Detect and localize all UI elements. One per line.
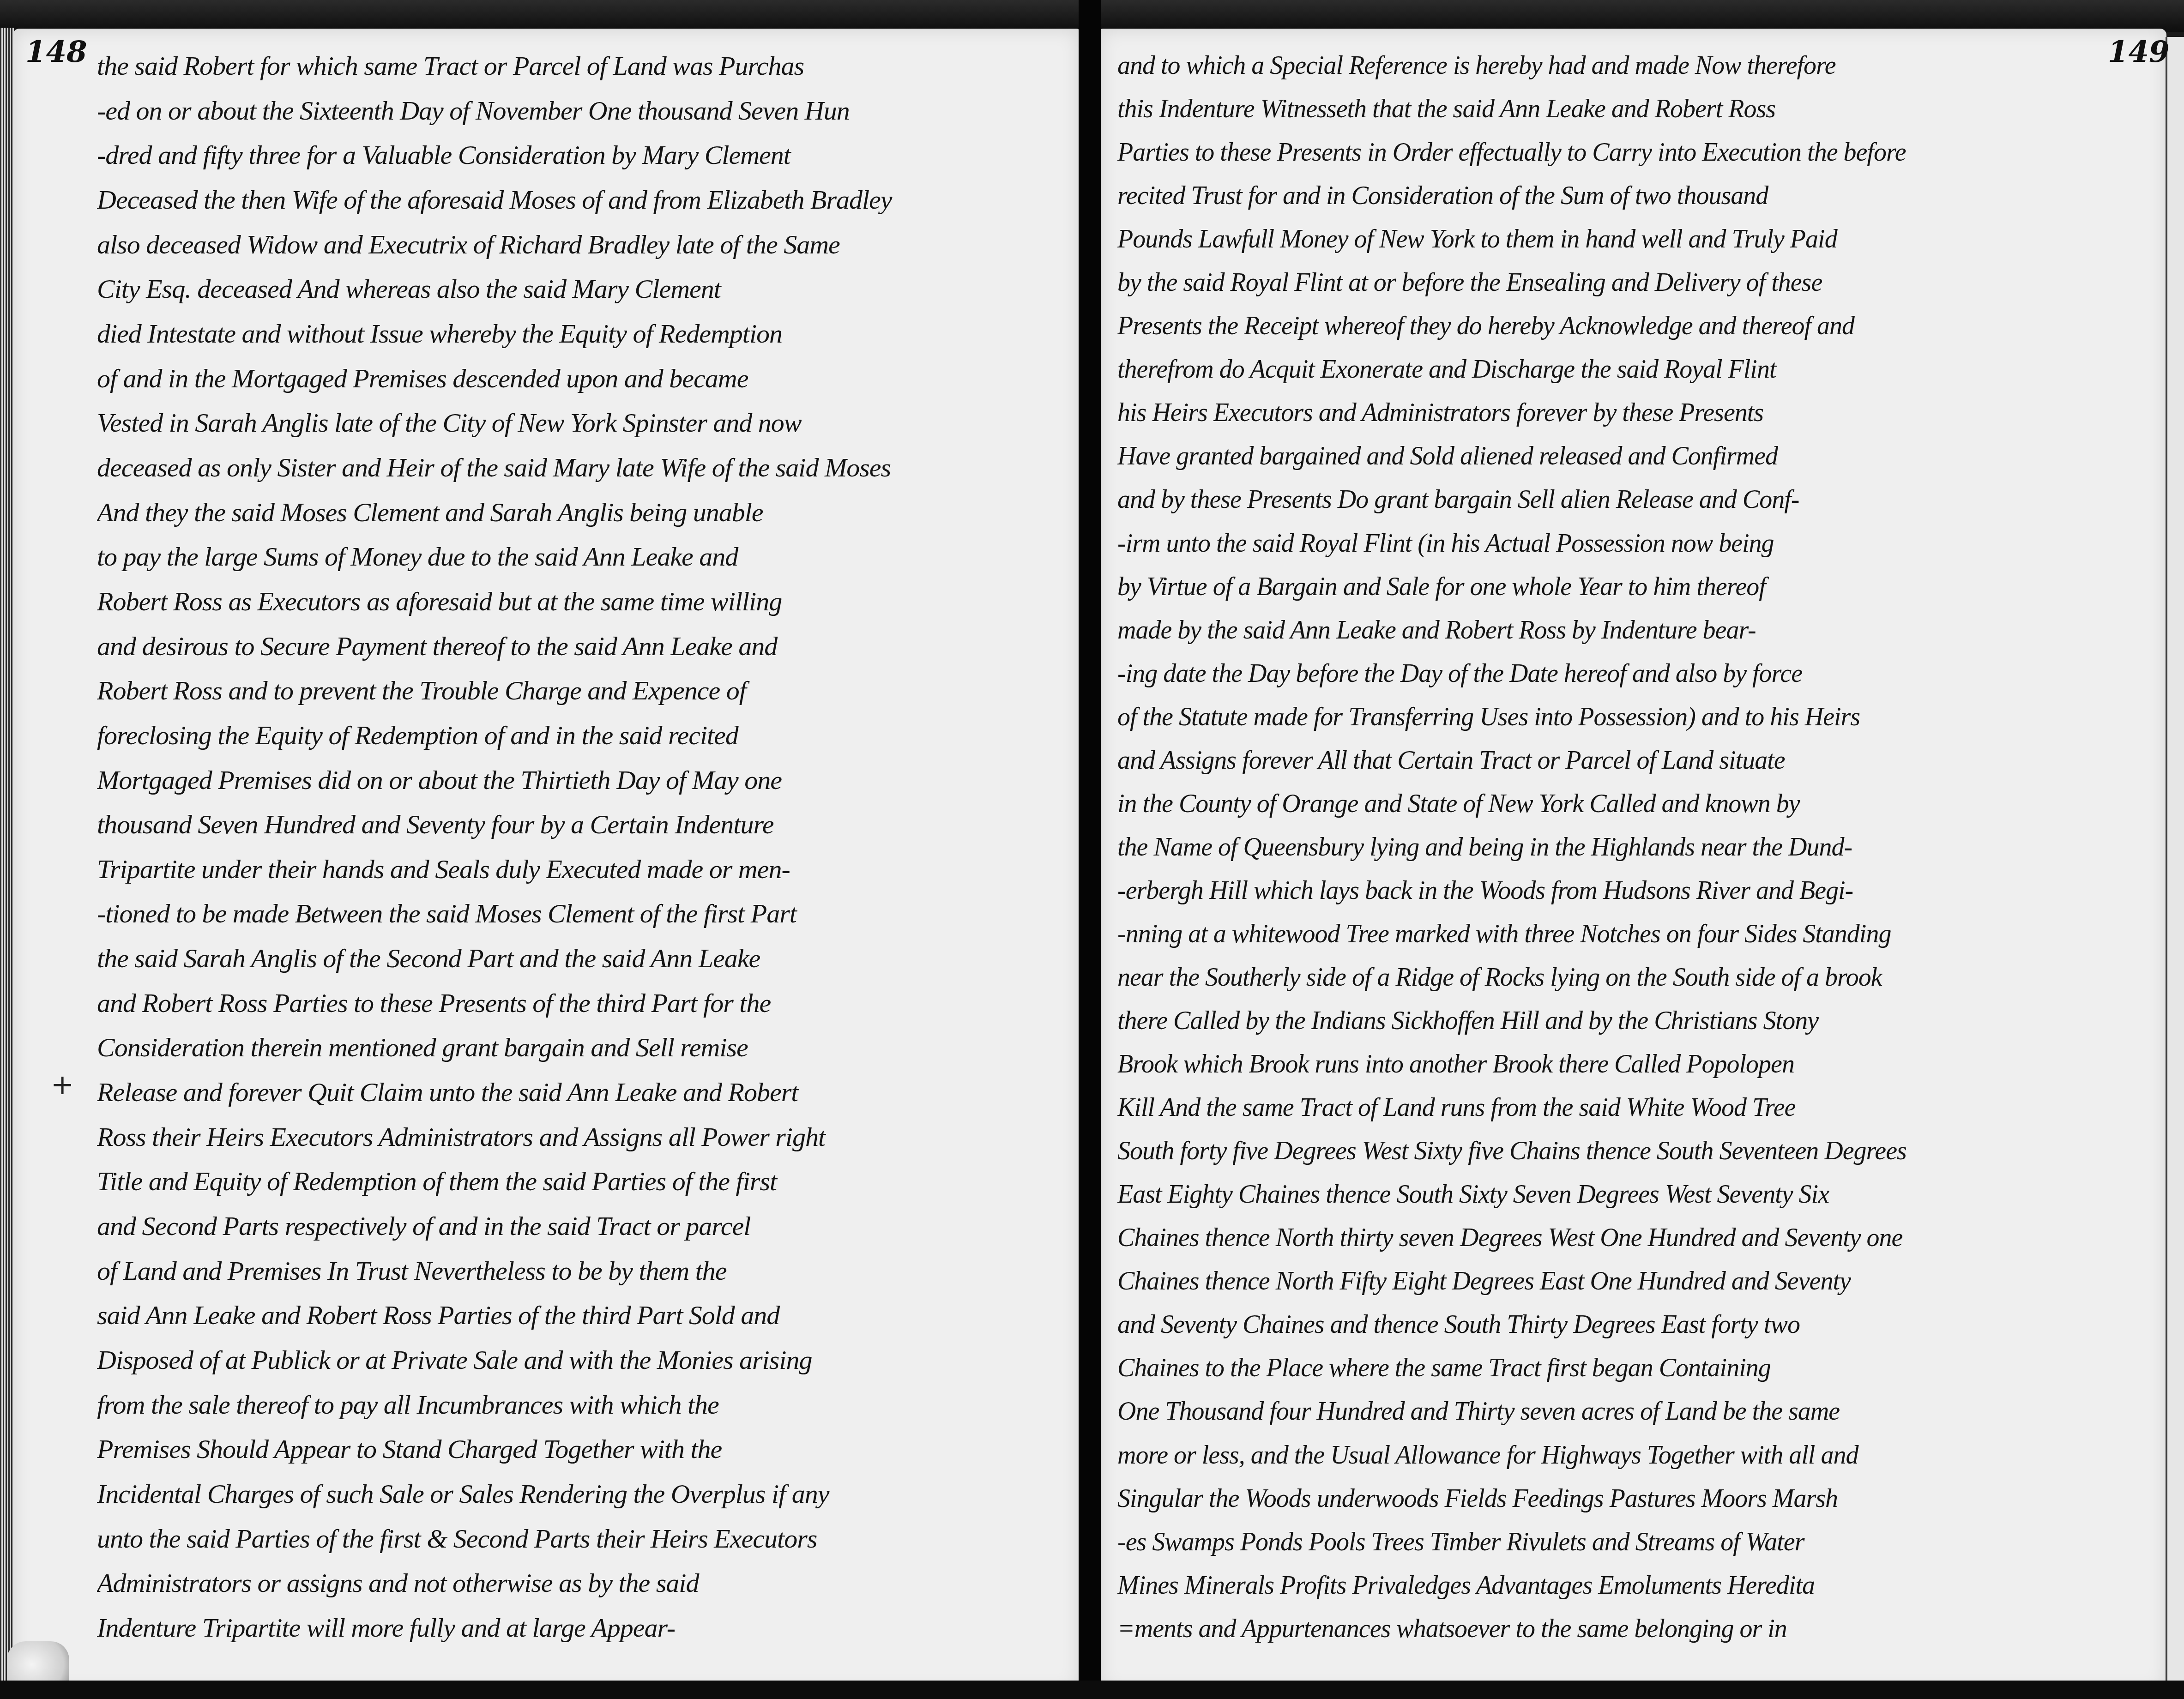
handwritten-line: the Name of Queensbury lying and being i…: [1117, 825, 2156, 869]
handwritten-line: Pounds Lawfull Money of New York to them…: [1117, 217, 2156, 261]
handwritten-line: Chaines to the Place where the same Trac…: [1117, 1346, 2156, 1390]
handwritten-line: One Thousand four Hundred and Thirty sev…: [1117, 1390, 2156, 1433]
handwritten-line: and Seventy Chaines and thence South Thi…: [1117, 1303, 2156, 1346]
handwritten-line: Chaines thence North thirty seven Degree…: [1117, 1216, 2156, 1259]
handwritten-line: Administrators or assigns and not otherw…: [97, 1561, 1071, 1606]
handwritten-line: by the said Royal Flint at or before the…: [1117, 261, 2156, 304]
handwritten-line: of Land and Premises In Trust Neverthele…: [97, 1249, 1071, 1294]
handwritten-line: thousand Seven Hundred and Seventy four …: [97, 802, 1071, 847]
handwritten-line: more or less, and the Usual Allowance fo…: [1117, 1434, 2156, 1477]
handwritten-line: to pay the large Sums of Money due to th…: [97, 535, 1071, 579]
handwritten-line: Mortgaged Premises did on or about the T…: [97, 758, 1071, 803]
handwritten-line: -es Swamps Ponds Pools Trees Timber Rivu…: [1117, 1520, 2156, 1564]
handwritten-line: =ments and Appurtenances whatsoever to t…: [1117, 1607, 2156, 1651]
handwritten-line: And they the said Moses Clement and Sara…: [97, 490, 1071, 535]
handwritten-line: of and in the Mortgaged Premises descend…: [97, 356, 1071, 401]
handwritten-line: Brook which Brook runs into another Broo…: [1117, 1042, 2156, 1086]
handwritten-line: the said Sarah Anglis of the Second Part…: [97, 936, 1071, 981]
handwritten-line: the said Robert for which same Tract or …: [97, 44, 1071, 89]
handwritten-line: -ing date the Day before the Day of the …: [1117, 652, 2156, 695]
book-cover-bottom: [0, 1681, 2184, 1699]
handwritten-line: foreclosing the Equity of Redemption of …: [97, 713, 1071, 758]
handwritten-line: Singular the Woods underwoods Fields Fee…: [1117, 1477, 2156, 1520]
handwritten-line: Robert Ross as Executors as aforesaid bu…: [97, 579, 1071, 624]
handwritten-line: South forty five Degrees West Sixty five…: [1117, 1129, 2156, 1173]
handwritten-line: said Ann Leake and Robert Ross Parties o…: [97, 1293, 1071, 1338]
right-page-text: and to which a Special Reference is here…: [1117, 44, 2156, 1651]
handwritten-line: Consideration therein mentioned grant ba…: [97, 1025, 1071, 1070]
handwritten-line: there Called by the Indians Sickhoffen H…: [1117, 999, 2156, 1042]
page-edges-left: [0, 28, 14, 1699]
handwritten-line: in the County of Orange and State of New…: [1117, 782, 2156, 825]
handwritten-line: recited Trust for and in Consideration o…: [1117, 174, 2156, 217]
handwritten-line: near the Southerly side of a Ridge of Ro…: [1117, 956, 2156, 999]
handwritten-line: Premises Should Appear to Stand Charged …: [97, 1427, 1071, 1472]
handwritten-line: Indenture Tripartite will more fully and…: [97, 1606, 1071, 1651]
handwritten-line: made by the said Ann Leake and Robert Ro…: [1117, 609, 2156, 652]
handwritten-line: -ed on or about the Sixteenth Day of Nov…: [97, 89, 1071, 133]
handwritten-line: -erbergh Hill which lays back in the Woo…: [1117, 869, 2156, 912]
handwritten-line: -dred and fifty three for a Valuable Con…: [97, 133, 1071, 178]
handwritten-line: Chaines thence North Fifty Eight Degrees…: [1117, 1259, 2156, 1303]
handwritten-line: deceased as only Sister and Heir of the …: [97, 446, 1071, 490]
page-number-left: 148: [25, 35, 87, 69]
handwritten-line: and Second Parts respectively of and in …: [97, 1204, 1071, 1249]
handwritten-line: Deceased the then Wife of the aforesaid …: [97, 178, 1071, 223]
handwritten-line: Robert Ross and to prevent the Trouble C…: [97, 669, 1071, 713]
handwritten-line: and desirous to Secure Payment thereof t…: [97, 624, 1071, 669]
handwritten-line: Have granted bargained and Sold aliened …: [1117, 434, 2156, 478]
handwritten-line: by Virtue of a Bargain and Sale for one …: [1117, 565, 2156, 609]
handwritten-line: of the Statute made for Transferring Use…: [1117, 695, 2156, 739]
handwritten-line: his Heirs Executors and Administrators f…: [1117, 391, 2156, 434]
handwritten-line: Release and forever Quit Claim unto the …: [97, 1070, 1071, 1115]
handwritten-line: and to which a Special Reference is here…: [1117, 44, 2156, 87]
handwritten-line: from the sale thereof to pay all Incumbr…: [97, 1383, 1071, 1428]
handwritten-line: therefrom do Acquit Exonerate and Discha…: [1117, 348, 2156, 391]
handwritten-line: Parties to these Presents in Order effec…: [1117, 131, 2156, 174]
handwritten-line: Vested in Sarah Anglis late of the City …: [97, 401, 1071, 446]
handwritten-line: Incidental Charges of such Sale or Sales…: [97, 1472, 1071, 1517]
book-gutter: [1079, 0, 1101, 1699]
handwritten-line: and by these Presents Do grant bargain S…: [1117, 478, 2156, 521]
handwritten-line: Presents the Receipt whereof they do her…: [1117, 304, 2156, 348]
margin-cross-mark: +: [51, 1069, 74, 1101]
handwritten-line: Mines Minerals Profits Privaledges Advan…: [1117, 1564, 2156, 1607]
handwritten-line: Ross their Heirs Executors Administrator…: [97, 1115, 1071, 1160]
handwritten-line: East Eighty Chaines thence South Sixty S…: [1117, 1173, 2156, 1216]
handwritten-line: Title and Equity of Redemption of them t…: [97, 1159, 1071, 1204]
handwritten-line: City Esq. deceased And whereas also the …: [97, 267, 1071, 312]
handwritten-line: -nning at a whitewood Tree marked with t…: [1117, 912, 2156, 956]
handwritten-line: Tripartite under their hands and Seals d…: [97, 847, 1071, 892]
handwritten-line: unto the said Parties of the first & Sec…: [97, 1517, 1071, 1561]
handwritten-line: this Indenture Witnesseth that the said …: [1117, 87, 2156, 131]
handwritten-line: also deceased Widow and Executrix of Ric…: [97, 223, 1071, 267]
handwritten-line: died Intestate and without Issue whereby…: [97, 312, 1071, 356]
handwritten-line: Kill And the same Tract of Land runs fro…: [1117, 1086, 2156, 1129]
handwritten-line: -tioned to be made Between the said Mose…: [97, 892, 1071, 936]
left-page-text: the said Robert for which same Tract or …: [97, 44, 1071, 1651]
handwritten-line: and Assigns forever All that Certain Tra…: [1117, 739, 2156, 782]
handwritten-line: Disposed of at Publick or at Private Sal…: [97, 1338, 1071, 1383]
handwritten-line: -irm unto the said Royal Flint (in his A…: [1117, 522, 2156, 565]
next-page-edge: [2166, 37, 2184, 1681]
handwritten-line: and Robert Ross Parties to these Present…: [97, 981, 1071, 1026]
